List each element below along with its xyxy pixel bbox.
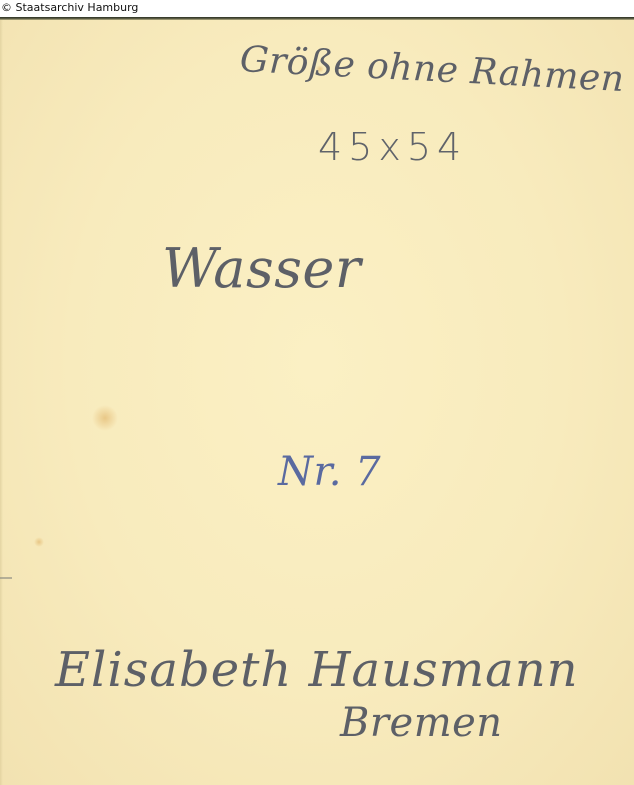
scanned-document: Größe ohne Rahmen 45x54 Wasser Nr. 7 Eli…: [0, 17, 634, 785]
handwritten-title: Wasser: [162, 237, 361, 300]
handwritten-size-label: Größe ohne Rahmen: [239, 39, 626, 100]
archive-image-viewer: © Staatsarchiv Hamburg Größe ohne Rahmen…: [0, 0, 634, 785]
copyright-label: © Staatsarchiv Hamburg: [0, 0, 634, 17]
handwritten-city: Bremen: [340, 700, 503, 746]
handwritten-number: Nr. 7: [278, 449, 381, 495]
handwritten-artist-name: Elisabeth Hausmann: [55, 642, 579, 698]
handwritten-dimensions: 45x54: [318, 125, 467, 169]
edge-mark: [0, 577, 12, 579]
scan-top-edge: [0, 17, 634, 20]
paper-stain: [92, 405, 118, 431]
paper-stain: [34, 537, 44, 547]
scan-left-edge: [0, 20, 3, 785]
